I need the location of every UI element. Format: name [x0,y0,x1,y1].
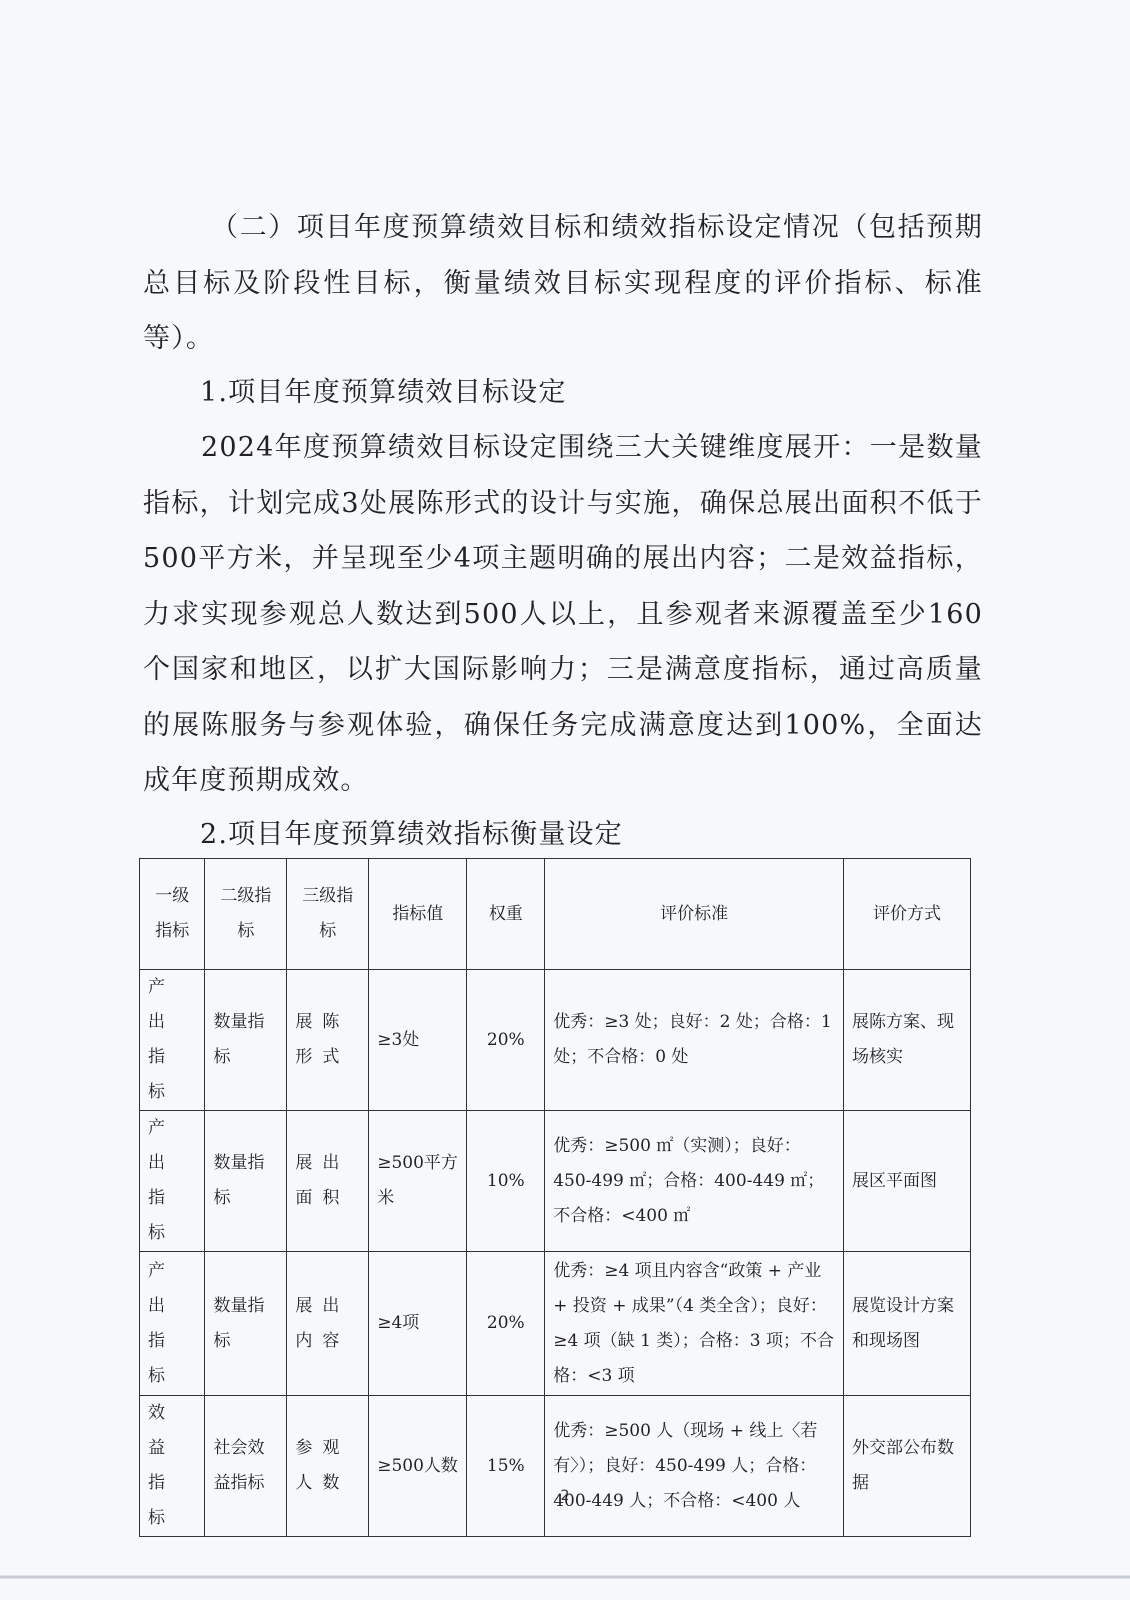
header-weight: 权重 [467,859,545,970]
cell-method: 展览设计方案和现场图 [844,1252,971,1396]
page-number: 2 [0,1488,1130,1504]
cell-criteria: 优秀：≥500 人（现场 + 线上〈若有〉）；良好：450-499 人；合格：4… [545,1396,844,1537]
cell-level2: 数量指标 [205,970,287,1111]
indicator-table: 一级指标 二级指标 三级指标 指标值 权重 评价标准 评价方式 产出指标 数量指… [139,858,971,1537]
subsection-title-indicators: 2.项目年度预算绩效指标衡量设定 [200,807,980,863]
header-method: 评价方式 [844,859,971,970]
table-header-row: 一级指标 二级指标 三级指标 指标值 权重 评价标准 评价方式 [140,859,971,970]
cell-method: 展陈方案、现场核实 [844,970,971,1111]
cell-criteria: 优秀：≥500 ㎡（实测）；良好：450-499 ㎡；合格：400-449 ㎡；… [545,1111,844,1252]
header-level3: 三级指标 [287,859,369,970]
table-row: 效益指标 社会效益指标 参观人数 ≥500人数 15% 优秀：≥500 人（现场… [140,1396,971,1537]
header-level2: 二级指标 [205,859,287,970]
cell-method: 展区平面图 [844,1111,971,1252]
cell-weight: 10% [467,1111,545,1252]
scan-edge-divider [0,1575,1130,1579]
cell-level1: 产出指标 [140,1111,205,1252]
subsection-title-goals: 1.项目年度预算绩效目标设定 [200,365,980,421]
cell-value: ≥500人数 [369,1396,467,1537]
cell-value: ≥500平方米 [369,1111,467,1252]
cell-weight: 15% [467,1396,545,1537]
cell-level2: 数量指标 [205,1111,287,1252]
table-row: 产出指标 数量指标 展出内容 ≥4项 20% 优秀：≥4 项且内容含“政策 + … [140,1252,971,1396]
cell-level2: 数量指标 [205,1252,287,1396]
cell-level1: 产出指标 [140,1252,205,1396]
header-criteria: 评价标准 [545,859,844,970]
table-row: 产出指标 数量指标 展陈形式 ≥3处 20% 优秀：≥3 处；良好：2 处；合格… [140,970,971,1111]
goals-paragraph: 2024年度预算绩效目标设定围绕三大关键维度展开：一是数量指标，计划完成3处展陈… [143,420,983,809]
header-value: 指标值 [369,859,467,970]
cell-level3: 展出内容 [287,1252,369,1396]
header-level1: 一级指标 [140,859,205,970]
cell-criteria: 优秀：≥4 项且内容含“政策 + 产业 + 投资 + 成果”（4 类全含）；良好… [545,1252,844,1396]
cell-level1: 效益指标 [140,1396,205,1537]
cell-level3: 展出面积 [287,1111,369,1252]
cell-level3: 参观人数 [287,1396,369,1537]
section-heading: （二）项目年度预算绩效目标和绩效指标设定情况（包括预期总目标及阶段性目标，衡量绩… [143,200,983,367]
cell-weight: 20% [467,970,545,1111]
cell-weight: 20% [467,1252,545,1396]
table-row: 产出指标 数量指标 展出面积 ≥500平方米 10% 优秀：≥500 ㎡（实测）… [140,1111,971,1252]
cell-value: ≥4项 [369,1252,467,1396]
cell-level3: 展陈形式 [287,970,369,1111]
cell-level2: 社会效益指标 [205,1396,287,1537]
cell-method: 外交部公布数据 [844,1396,971,1537]
cell-value: ≥3处 [369,970,467,1111]
cell-level1: 产出指标 [140,970,205,1111]
cell-criteria: 优秀：≥3 处；良好：2 处；合格：1 处；不合格：0 处 [545,970,844,1111]
